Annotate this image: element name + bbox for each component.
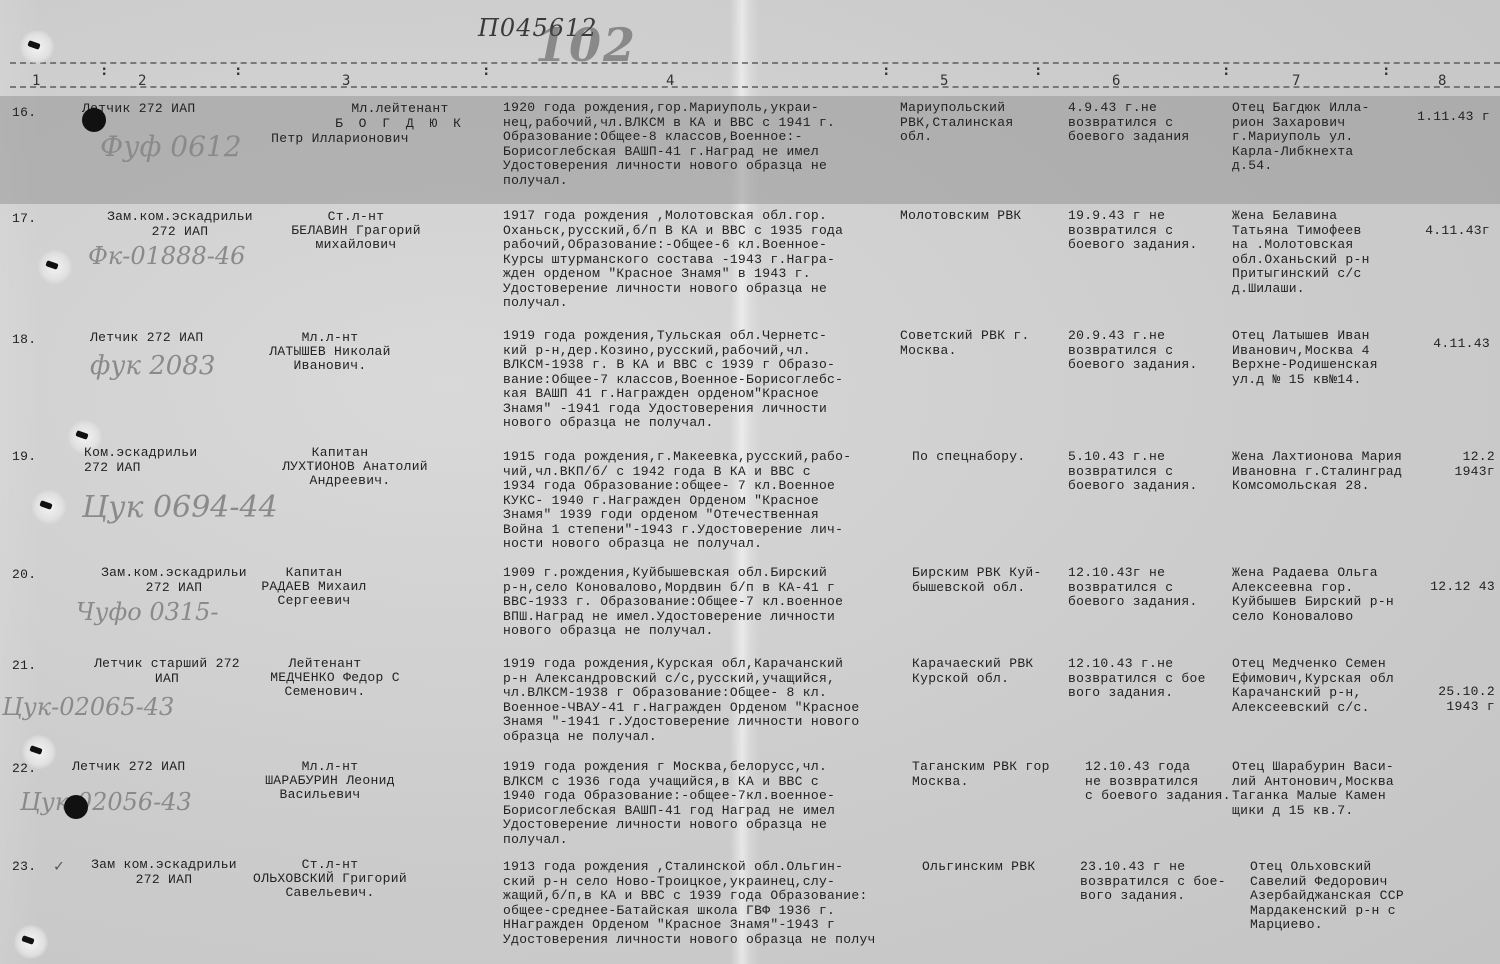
excluded-date: 4.11.43 [1400, 337, 1490, 352]
position: Летчик 272 ИАП [82, 102, 262, 117]
table-row: 21. Летчик старший 272 ИАП Лейтенант МЕД… [0, 655, 1500, 755]
handwritten-note: Фк-01888-46 [88, 242, 245, 270]
column-separator: : [234, 63, 242, 79]
table-row: 20. Зам.ком.эскадрильи 272 ИАП Капитан Р… [0, 562, 1500, 652]
punch-hole [32, 490, 66, 524]
column-number-4: 4 [666, 73, 674, 89]
loss-date: 12.10.43г не возвратился с боевого задан… [1068, 566, 1228, 610]
handwritten-note: Цук-02065-43 [2, 693, 174, 721]
column-number-3: 3 [342, 73, 350, 89]
column-number-2: 2 [138, 73, 146, 89]
given-names: Васильевич [230, 788, 410, 803]
biography: 1917 года рождения ,Молотовская обл.гор.… [503, 209, 913, 311]
row-number: 20. [12, 568, 36, 583]
loss-date: 19.9.43 г не возвратился с боевого задан… [1068, 209, 1228, 253]
recruitment-office: Советский РВК г. Москва. [900, 329, 1070, 358]
given-names: Иванович. [240, 359, 420, 374]
handwritten-note: Фуф 0612 [100, 130, 242, 163]
biography: 1919 года рождения,Тульская обл.Чернетс-… [503, 329, 913, 431]
excluded-date: 1.11.43 г [1400, 110, 1490, 125]
given-names: Сергеевич [224, 594, 404, 609]
recruitment-office: Мариупольский РВК,Сталинская обл. [900, 101, 1070, 145]
excluded-date: 12.2 1943г [1400, 450, 1495, 479]
recruitment-office: Бирским РВК Куй- бышевской обл. [912, 566, 1042, 595]
biography: 1919 года рождения г Москва,белорусс,чл.… [503, 760, 913, 847]
row-number: 22. [12, 762, 36, 777]
recruitment-office: Таганским РВК гор Москва. [912, 760, 1050, 789]
position: Летчик старший 272 ИАП [82, 657, 252, 686]
punch-hole [38, 250, 72, 284]
given-names: михайлович [266, 238, 446, 253]
handwritten-note: Чуфо 0315- [76, 598, 219, 626]
column-separator: : [1222, 63, 1230, 79]
biography: 1913 года рождения ,Сталинской обл.Ольги… [503, 860, 913, 947]
table-row: 17. Зам.ком.эскадрильи 272 ИАП Ст.л-нт Б… [0, 206, 1500, 321]
column-number-6: 6 [1112, 73, 1120, 89]
loss-date: 5.10.43 г.не возвратился с боевого задан… [1068, 450, 1228, 494]
row-number: 18. [12, 333, 36, 348]
given-names: Семенович. [235, 685, 415, 700]
given-names: Петр Илларионович [240, 132, 440, 147]
row-number: 17. [12, 212, 36, 227]
next-of-kin: Отец Шарабурин Васи- лий Антонович,Москв… [1232, 760, 1442, 818]
punch-hole [20, 30, 54, 64]
column-separator: : [1034, 63, 1042, 79]
handwritten-note: фук 2083 [90, 351, 215, 381]
table-row: 18. Летчик 272 ИАП Мл.л-нт ЛАТЫШЕВ Никол… [0, 327, 1500, 442]
position: Зам.ком.эскадрильи 272 ИАП [90, 210, 270, 239]
handwritten-note: Цук 02056-43 [20, 788, 192, 816]
biography: 1919 года рождения,Курская обл,Карачанск… [503, 657, 913, 744]
given-names: Савельевич. [240, 886, 420, 901]
column-number-7: 7 [1292, 73, 1300, 89]
next-of-kin: Отец Ольховский Савелий Федорович Азерба… [1250, 860, 1404, 933]
table-row: 22. Летчик 272 ИАП Мл.л-нт ШАРАБУРИН Лео… [0, 758, 1500, 853]
column-separator: : [1382, 63, 1390, 79]
check-mark-icon: ✓ [54, 860, 64, 875]
row-number: 23. [12, 860, 36, 875]
recruitment-office: По спецнабору. [912, 450, 1025, 465]
biography: 1909 г.рождения,Куйбышевская обл.Бирский… [503, 566, 913, 639]
position: Зам ком.эскадрильи 272 ИАП [74, 858, 254, 887]
surname: Б О Г Д Ю К [300, 117, 500, 132]
row-number: 19. [12, 450, 36, 465]
loss-date: 23.10.43 г не возвратился с бое- вого за… [1080, 860, 1226, 904]
given-names: Андреевич. [260, 474, 440, 489]
loss-date: 4.9.43 г.не возвратился с боевого задани… [1068, 101, 1228, 145]
column-separator: : [100, 63, 108, 79]
row-number: 16. [12, 106, 36, 121]
handwritten-note: Цук 0694-44 [82, 490, 278, 525]
table-row: 16. Летчик 272 ИАП Мл.лейтенант Б О Г Д … [0, 96, 1500, 204]
loss-date: 12.10.43 г.не возвратился с бое вого зад… [1068, 657, 1228, 701]
column-separator: : [482, 63, 490, 79]
burn-hole [64, 795, 88, 819]
column-number-5: 5 [940, 73, 948, 89]
row-number: 21. [12, 659, 36, 674]
burn-hole [82, 108, 106, 132]
next-of-kin: Жена Белавина Татьяна Тимофеев на .Молот… [1232, 209, 1442, 296]
rank: Мл.лейтенант [300, 102, 500, 117]
column-number-8: 8 [1438, 73, 1446, 89]
biography: 1920 года рождения,гор.Мариуполь,украи- … [503, 101, 913, 188]
position: Летчик 272 ИАП [72, 760, 185, 775]
position: Летчик 272 ИАП [90, 331, 203, 346]
recruitment-office: Ольгинским РВК [922, 860, 1035, 875]
column-separator: : [882, 63, 890, 79]
recruitment-office: Карачаеский РВК Курской обл. [912, 657, 1034, 686]
table-row: 23. ✓ Зам ком.эскадрильи 272 ИАП Ст.л-нт… [0, 856, 1500, 964]
table-row: 19. Ком.эскадрильи 272 ИАП Капитан ЛУХТИ… [0, 444, 1500, 559]
excluded-date: 12.12 43 [1390, 580, 1495, 595]
loss-date: 12.10.43 года не возвратился с боевого з… [1085, 760, 1231, 804]
excluded-date: 4.11.43г [1400, 224, 1490, 239]
next-of-kin: Жена Радаева Ольга Алексеевна гор. Куйбы… [1232, 566, 1442, 624]
recruitment-office: Молотовским РВК [900, 209, 1070, 224]
header-rule-bottom [10, 86, 1500, 88]
loss-date: 20.9.43 г.не возвратился с боевого задан… [1068, 329, 1228, 373]
position: Ком.эскадрильи 272 ИАП [84, 446, 197, 475]
biography: 1915 года рождения,г.Макеевка,русский,ра… [503, 450, 913, 552]
excluded-date: 25.10.2 1943 г [1390, 685, 1495, 714]
column-number-1: 1 [32, 73, 40, 89]
punch-hole [14, 925, 48, 959]
